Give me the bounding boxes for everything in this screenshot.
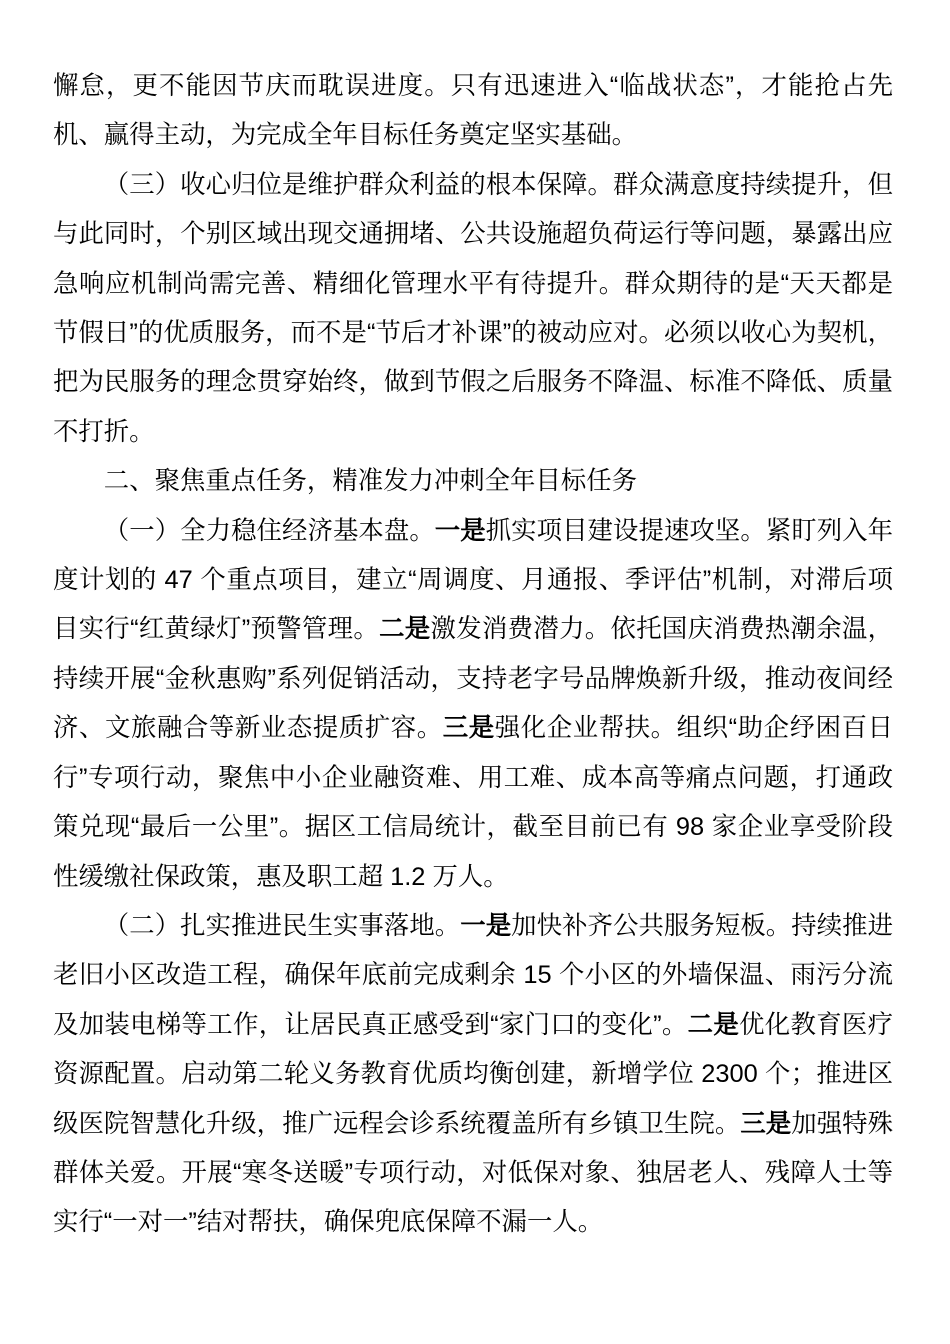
paragraph-item-3: （三）收心归位是维护群众利益的根本保障。群众满意度持续提升，但与此同时，个别区域…	[53, 161, 893, 457]
text-run: （三）收心归位是维护群众利益的根本保障。群众满意度持续提升，但与此同时，个别区域…	[53, 171, 893, 446]
bold-text-run: 二是	[379, 615, 430, 643]
document-body: 懈怠，更不能因节庆而耽误进度。只有迅速进入“临战状态”，才能抢占先机、赢得主动，…	[0, 0, 950, 1248]
document-page: 懈怠，更不能因节庆而耽误进度。只有迅速进入“临战状态”，才能抢占先机、赢得主动，…	[0, 0, 950, 1344]
paragraph-item-2: （二）扎实推进民生实事落地。一是加快补齐公共服务短板。持续推进老旧小区改造工程，…	[53, 902, 893, 1248]
bold-text-run: 三是	[443, 714, 495, 742]
bold-text-run: 一是	[435, 517, 486, 545]
text-run: 懈怠，更不能因节庆而耽误进度。只有迅速进入“临战状态”，才能抢占先机、赢得主动，…	[53, 72, 893, 149]
text-run: 二、聚焦重点任务，精准发力冲刺全年目标任务	[104, 467, 637, 495]
bold-text-run: 三是	[740, 1110, 791, 1138]
paragraph-item-1: （一）全力稳住经济基本盘。一是抓实项目建设提速攻坚。紧盯列入年度计划的 47 个…	[53, 507, 893, 902]
text-run: （二）扎实推进民生实事落地。	[104, 912, 460, 940]
section-heading-2: 二、聚焦重点任务，精准发力冲刺全年目标任务	[53, 457, 893, 506]
bold-text-run: 二是	[688, 1011, 739, 1039]
paragraph-continuation: 懈怠，更不能因节庆而耽误进度。只有迅速进入“临战状态”，才能抢占先机、赢得主动，…	[53, 62, 893, 161]
bold-text-run: 一是	[460, 912, 511, 940]
text-run: （一）全力稳住经济基本盘。	[104, 517, 435, 545]
